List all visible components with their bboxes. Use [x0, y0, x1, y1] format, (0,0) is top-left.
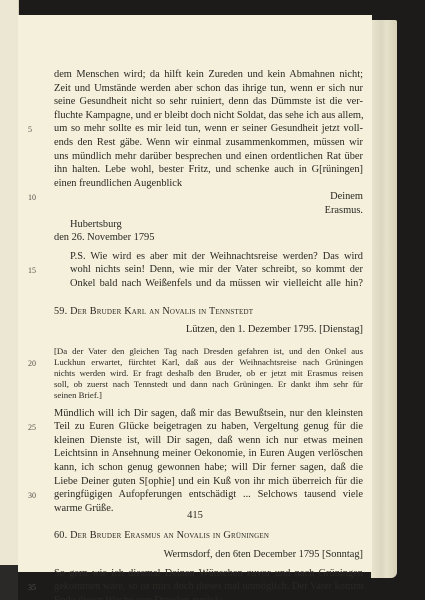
text-line: kleinen Dienste ist, will Dir sagen, daß…: [54, 434, 363, 448]
text-line: Zeit und Umstände werden aber schon das …: [54, 82, 363, 96]
postscript-line: Onkel bald nach Weißenfels und da müssen…: [54, 277, 363, 291]
line-number: 10: [28, 191, 36, 205]
date: den 26. November 1795: [54, 231, 363, 245]
text-line: 30geringfügigen Aufopferungen entschädig…: [54, 488, 363, 502]
line-number: 20: [28, 358, 36, 369]
line-number: 30: [28, 489, 36, 503]
text-line: Liebe Deiner guten S[ophie] und ein Kuß …: [54, 475, 363, 489]
book-page: dem Menschen wird; da hilft kein Zureden…: [18, 15, 372, 572]
text-line: uns mündlich mehr darüber besprechen und…: [54, 150, 363, 164]
line-number: 5: [28, 123, 32, 137]
text-line: 5um so mehr sollte es mir leid tun, wenn…: [54, 122, 363, 136]
text-line: dem Menschen wird; da hilft kein Zureden…: [54, 68, 363, 82]
text-line: Mündlich will ich Dir sagen, daß mir das…: [54, 407, 363, 421]
signature: Erasmus.: [54, 204, 363, 218]
postscript-line: 15wohl nichts sein! Denn, wie mir der Va…: [54, 263, 363, 277]
book-page-edges: [371, 20, 397, 578]
text-line: So gern wie ich diesmal Deinen Wünschen …: [54, 567, 363, 581]
page-number: 415: [18, 510, 372, 521]
postscript-line: P.S. Wie wird es aber mit der Weihnachts…: [54, 250, 363, 264]
letter-60-heading: 60. Der Bruder Erasmus an Novalis in Grü…: [54, 529, 363, 543]
text-line: seine Gesundheit nicht so sehr ruiniert,…: [54, 95, 363, 109]
line-number: 35: [28, 581, 36, 595]
summary-line: seinen Brief.]: [54, 390, 363, 401]
summary-line: soll, ob zuerst nach Tennstedt und dann …: [54, 379, 363, 390]
text-line: Ende dieser Woche von Dresden zurück:: [54, 594, 363, 600]
line-number: 15: [28, 264, 36, 278]
background: [0, 565, 18, 600]
text-line: Leichtsinn in Ansehnung meiner Oekonomie…: [54, 447, 363, 461]
text-line: 25Teil zu Euren Glücke beigetragen zu ha…: [54, 420, 363, 434]
summary-line: [Da der Vater den gleichen Tag nach Dres…: [54, 346, 363, 357]
line-number: 25: [28, 421, 36, 435]
text-line: ihn halten. Lebe wohl, bester Fritz, und…: [54, 163, 363, 177]
letter-59-heading: 59. Der Bruder Karl an Novalis in Tennst…: [54, 305, 363, 319]
letter-60-dateline: Wermsdorf, den 6ten December 1795 [Sonnt…: [54, 548, 363, 562]
text-line: einen freundlichen Augenblick: [54, 177, 363, 191]
letter-59-dateline: Lützen, den 1. Dezember 1795. [Dienstag]: [54, 323, 363, 337]
closing-line: 10Deinem: [54, 190, 363, 204]
text-line: 35gekommen wäre, so ist mirs doch dieses…: [54, 580, 363, 594]
text-line: kann, ich schon genug gewonnen habe; wil…: [54, 461, 363, 475]
text-line: fluchte Kampagne, und er bleibt doch nic…: [54, 109, 363, 123]
text-line: ends den Rest gäbe. Wenn wir einmal zusa…: [54, 136, 363, 150]
summary-line: 20Luckhun erwartet, fürchtet Karl, daß a…: [54, 357, 363, 368]
place: Hubertsburg: [54, 218, 363, 232]
left-page-edge: [0, 0, 19, 572]
summary-line: nichts werden wird. Er fragt deshalb den…: [54, 368, 363, 379]
